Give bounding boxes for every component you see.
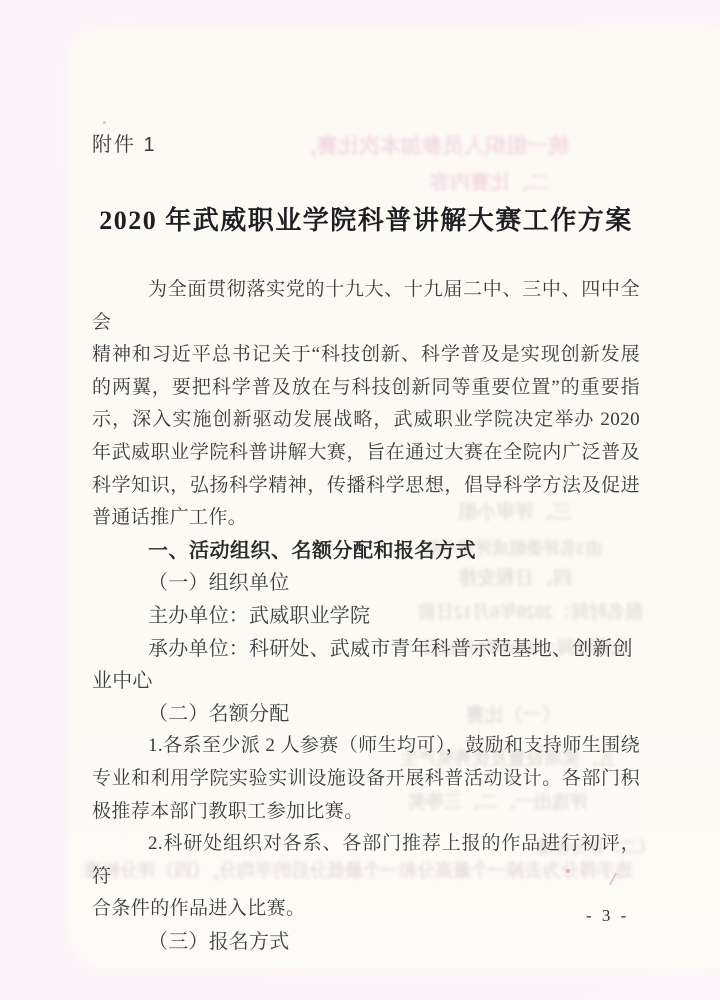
body-line: 专业和利用学院实验实训设施设备开展科普活动设计。各部门积 <box>92 763 640 796</box>
scanned-document-page: { "document": { "attachment_label": "附件 … <box>0 0 720 1000</box>
body-line: 科学知识，弘扬科学精神，传播科学思想，倡导科学方法及促进 <box>92 470 640 503</box>
body-line: 精神和习近平总书记关于“科技创新、科学普及是实现创新发展 <box>92 339 640 372</box>
body-line: 2.科研处组织对各系、各部门推荐上报的作品进行初评，符 <box>92 828 640 893</box>
subsection-heading: （二）名额分配 <box>92 698 640 731</box>
body-line: 1.各系至少派 2 人参赛（师生均可），鼓励和支持师生围绕 <box>92 730 640 763</box>
page-number: - 3 - <box>586 906 629 926</box>
section-heading: 一、活动组织、名额分配和报名方式 <box>92 535 640 568</box>
body-line: 极推荐本部门教职工参加比赛。 <box>92 796 640 829</box>
body-line: 为全面贯彻落实党的十九大、十九届二中、三中、四中全会 <box>92 274 640 339</box>
body-line: 年武威职业学院科普讲解大赛，旨在通过大赛在全院内广泛普及 <box>92 437 640 470</box>
body-line: 承办单位：科研处、武威市青年科普示范基地、创新创业中心 <box>92 633 640 698</box>
attachment-label: 附件 1 <box>92 128 157 157</box>
body-line: 主办单位：武威职业学院 <box>92 600 640 633</box>
document-body: 为全面贯彻落实党的十九大、十九届二中、三中、四中全会 精神和习近平总书记关于“科… <box>92 274 640 958</box>
body-line: 的两翼，要把科学普及放在与科技创新同等重要位置”的重要指 <box>92 372 640 405</box>
body-line: 合条件的作品进入比赛。 <box>92 893 640 926</box>
body-line: 示，深入实施创新驱动发展战略，武威职业学院决定举办 2020 <box>92 404 640 437</box>
body-line: 普通话推广工作。 <box>92 502 640 535</box>
document-title: 2020 年武威职业学院科普讲解大赛工作方案 <box>80 200 652 237</box>
subsection-heading: （三）报名方式 <box>92 926 640 959</box>
subsection-heading: （一）组织单位 <box>92 567 640 600</box>
